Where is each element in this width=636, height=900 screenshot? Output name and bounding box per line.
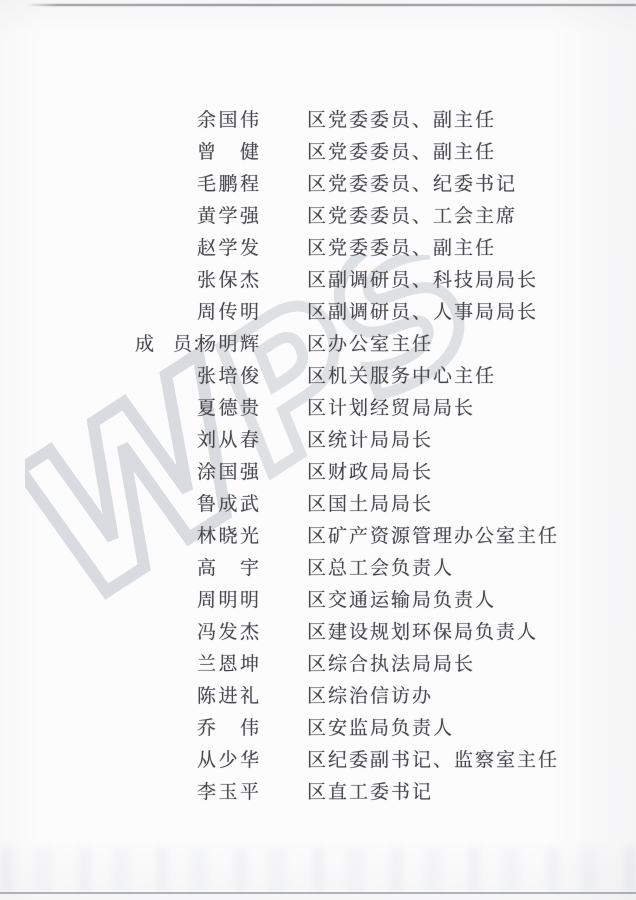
table-row: 余国伟 区党委委员、副主任 (135, 102, 559, 134)
scanned-page: W PS 余国伟 区党委委员、副主任 曾 健 区党委委员、副主任 毛鹏程 区党委… (0, 0, 636, 900)
table-row: 林晓光 区矿产资源管理办公室主任 (135, 518, 559, 550)
member-name: 赵学发 (197, 233, 307, 260)
member-name: 杨明辉 (197, 329, 307, 356)
table-row: 张保杰 区副调研员、科技局局长 (135, 262, 559, 294)
table-row: 涂国强 区财政局局长 (135, 454, 559, 486)
member-name: 乔 伟 (197, 713, 307, 740)
table-row: 成 员： 杨明辉 区办公室主任 (135, 326, 559, 358)
member-title: 区党委委员、工会主席 (307, 201, 517, 228)
table-row: 赵学发 区党委委员、副主任 (135, 230, 559, 262)
member-name: 曾 健 (197, 137, 307, 164)
member-title: 区副调研员、人事局局长 (307, 297, 538, 324)
member-title: 区党委委员、副主任 (307, 233, 496, 260)
member-title: 区国土局局长 (307, 489, 433, 516)
member-name: 冯发杰 (197, 617, 307, 644)
member-title: 区计划经贸局局长 (307, 393, 475, 420)
member-name: 刘从春 (197, 425, 307, 452)
table-row: 兰恩坤 区综合执法局局长 (135, 646, 559, 678)
member-name: 周传明 (197, 297, 307, 324)
table-row: 乔 伟 区安监局负责人 (135, 710, 559, 742)
table-row: 曾 健 区党委委员、副主任 (135, 134, 559, 166)
table-row: 夏德贵 区计划经贸局局长 (135, 390, 559, 422)
member-title: 区综治信访办 (307, 681, 433, 708)
table-row: 刘从春 区统计局局长 (135, 422, 559, 454)
member-title: 区建设规划环保局负责人 (307, 617, 538, 644)
member-name: 林晓光 (197, 521, 307, 548)
member-name: 高 宇 (197, 553, 307, 580)
member-list: 余国伟 区党委委员、副主任 曾 健 区党委委员、副主任 毛鹏程 区党委委员、纪委… (135, 102, 559, 806)
member-name: 鲁成武 (197, 489, 307, 516)
member-title: 区总工会负责人 (307, 553, 454, 580)
member-role-label: 成 员： (135, 329, 197, 356)
member-title: 区安监局负责人 (307, 713, 454, 740)
member-title: 区矿产资源管理办公室主任 (307, 521, 559, 548)
table-row: 周传明 区副调研员、人事局局长 (135, 294, 559, 326)
page-bleed-ghost (0, 847, 636, 891)
member-title: 区直工委书记 (307, 777, 433, 804)
member-name: 涂国强 (197, 457, 307, 484)
table-row: 冯发杰 区建设规划环保局负责人 (135, 614, 559, 646)
member-title: 区纪委副书记、监察室主任 (307, 745, 559, 772)
member-name: 黄学强 (197, 201, 307, 228)
member-name: 毛鹏程 (197, 169, 307, 196)
member-name: 从少华 (197, 745, 307, 772)
member-title: 区副调研员、科技局局长 (307, 265, 538, 292)
member-title: 区财政局局长 (307, 457, 433, 484)
member-title: 区办公室主任 (307, 329, 433, 356)
member-name: 李玉平 (197, 777, 307, 804)
member-name: 张培俊 (197, 361, 307, 388)
scan-edge-top (26, 4, 636, 6)
table-row: 毛鹏程 区党委委员、纪委书记 (135, 166, 559, 198)
member-title: 区统计局局长 (307, 425, 433, 452)
table-row: 陈进礼 区综治信访办 (135, 678, 559, 710)
table-row: 鲁成武 区国土局局长 (135, 486, 559, 518)
member-name: 周明明 (197, 585, 307, 612)
member-title: 区机关服务中心主任 (307, 361, 496, 388)
table-row: 从少华 区纪委副书记、监察室主任 (135, 742, 559, 774)
scan-edge-bottom (0, 892, 636, 894)
member-title: 区综合执法局局长 (307, 649, 475, 676)
table-row: 李玉平 区直工委书记 (135, 774, 559, 806)
table-row: 张培俊 区机关服务中心主任 (135, 358, 559, 390)
table-row: 周明明 区交通运输局负责人 (135, 582, 559, 614)
member-name: 张保杰 (197, 265, 307, 292)
member-name: 陈进礼 (197, 681, 307, 708)
member-name: 兰恩坤 (197, 649, 307, 676)
member-title: 区党委委员、副主任 (307, 105, 496, 132)
member-title: 区党委委员、副主任 (307, 137, 496, 164)
member-name: 夏德贵 (197, 393, 307, 420)
member-title: 区党委委员、纪委书记 (307, 169, 517, 196)
member-title: 区交通运输局负责人 (307, 585, 496, 612)
member-name: 余国伟 (197, 105, 307, 132)
table-row: 高 宇 区总工会负责人 (135, 550, 559, 582)
table-row: 黄学强 区党委委员、工会主席 (135, 198, 559, 230)
